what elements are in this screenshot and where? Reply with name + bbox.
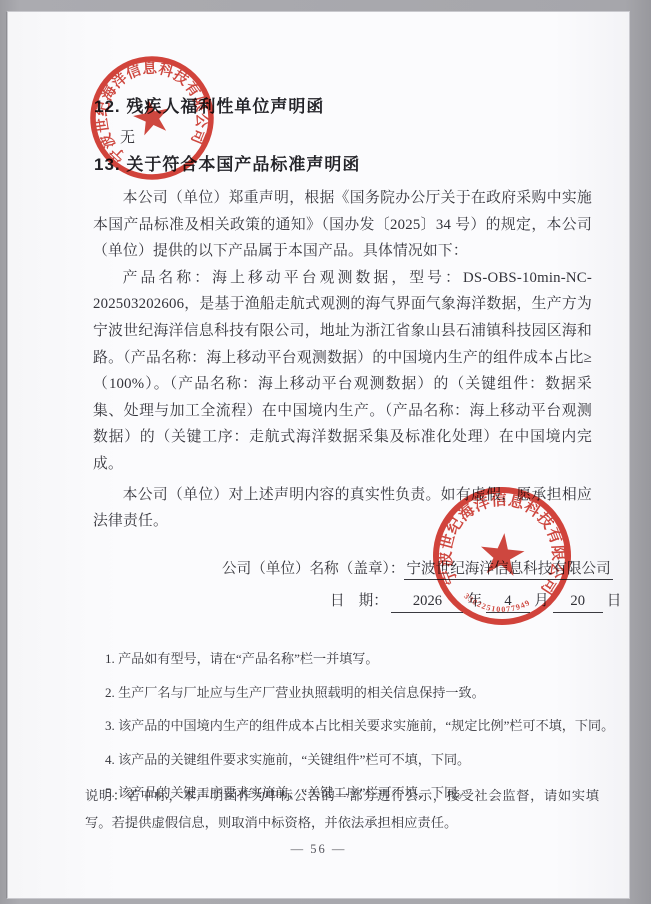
note-item-3: 3. 该产品的中国境内生产的组件成本占比相关要求实施前，“规定比例”栏可不填，下… [105, 715, 614, 734]
note-item-1: 1. 产品如有型号，请在“产品名称”栏一并填写。 [105, 648, 614, 667]
company-seal-bottom: 宁波世纪海洋信息科技有限公司 33022510077949 [412, 466, 592, 646]
document-page: 12. 残疾人福利性单位声明函 无 13. 关于符合本国产品标准声明函 本公司（… [8, 12, 629, 898]
date-day-unit: 日 [607, 593, 622, 609]
remark-paragraph: 说明：若中标，本声明函作为中标公告的一部分进行公示，接受社会监督，请如实填写。若… [85, 782, 599, 836]
date-word-ri: 日 [330, 593, 345, 609]
note-item-4: 4. 该产品的关键组件要求实施前，“关键组件”栏可不填，下同。 [105, 749, 614, 768]
company-seal-top: 宁波世纪海洋信息科技有限公司 [67, 33, 237, 203]
seal-star-icon [478, 531, 526, 577]
seal-star-icon [130, 96, 172, 137]
date-word-qi: 期： [359, 593, 388, 609]
scanned-document-background: { "headings": { "item12": "12. 残疾人福利性单位声… [0, 0, 651, 904]
company-label: 公司（单位）名称（盖章）： [222, 561, 404, 577]
note-item-2: 2. 生产厂名与厂址应与生产厂营业执照载明的相关信息保持一致。 [105, 682, 614, 701]
declaration-paragraph-2: 产品名称：海上移动平台观测数据，型号：DS-OBS-10min-NC-20250… [93, 265, 592, 478]
page-number: — 56 — [8, 842, 629, 857]
